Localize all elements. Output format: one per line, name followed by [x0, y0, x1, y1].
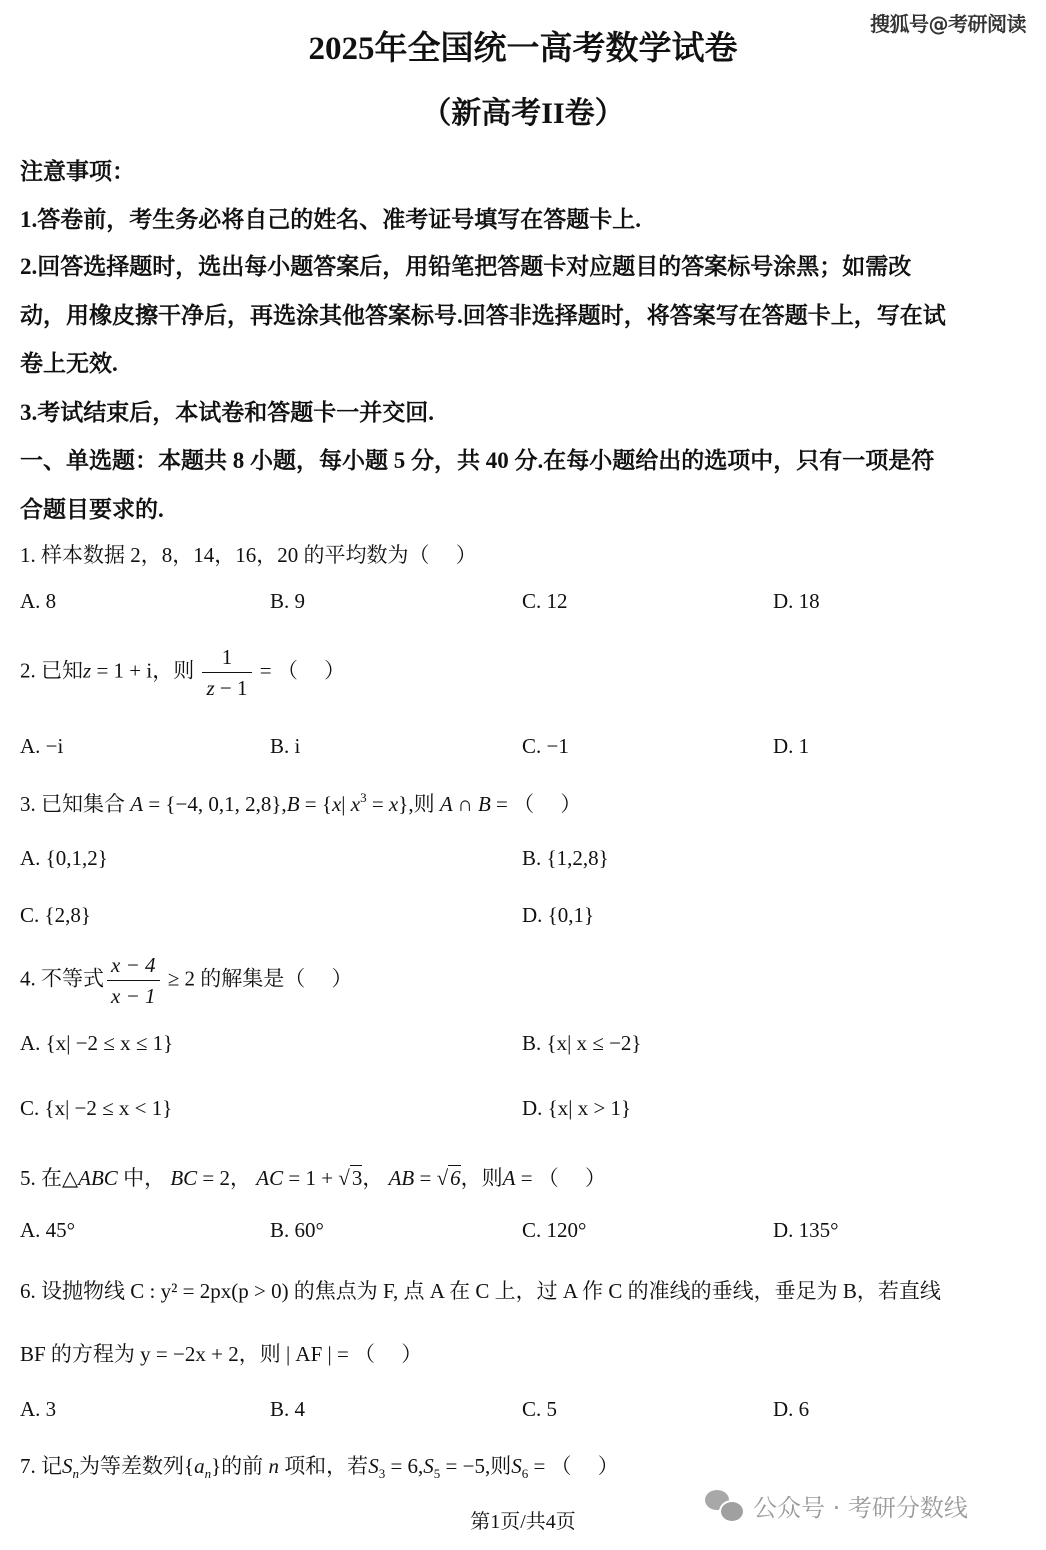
- page-subtitle: （新高考II卷）: [0, 88, 1046, 132]
- question-7: 7. 记Sn为等差数列{an}的前 n 项和，若S3 = 6,S5 = −5,则…: [20, 1450, 619, 1482]
- stem-text: = （ ）: [255, 658, 346, 682]
- fraction: x − 4x − 1: [107, 950, 160, 1011]
- page-number: 第1页/共4页: [0, 1505, 1046, 1534]
- question-number: 3.: [20, 792, 36, 816]
- question-number: 2.: [20, 658, 36, 682]
- fraction: 1 z − 1: [202, 642, 251, 703]
- question-stem: 设抛物线 C : y² = 2px(p > 0) 的焦点为 F, 点 A 在 C…: [41, 1279, 941, 1303]
- note-item-2-end: 卷上无效.: [20, 345, 118, 378]
- q5-option-c[interactable]: C. 120°: [522, 1218, 586, 1243]
- q6-option-a[interactable]: A. 3: [20, 1397, 56, 1422]
- q4-option-b[interactable]: B. {x| x ≤ −2}: [522, 1031, 642, 1056]
- question-number: 1.: [20, 543, 36, 567]
- q1-option-c[interactable]: C. 12: [522, 589, 568, 614]
- question-number: 7.: [20, 1454, 36, 1478]
- q3-option-a[interactable]: A. {0,1,2}: [20, 846, 108, 871]
- section-header: 一、单选题：本题共 8 小题，每小题 5 分，共 40 分.在每小题给出的选项中…: [20, 442, 934, 475]
- section-header-cont: 合题目要求的.: [20, 491, 164, 524]
- q6-option-d[interactable]: D. 6: [773, 1397, 809, 1422]
- q6-option-c[interactable]: C. 5: [522, 1397, 557, 1422]
- q6-option-b[interactable]: B. 4: [270, 1397, 305, 1422]
- notes-heading: 注意事项：: [20, 153, 135, 186]
- math-var: z: [83, 658, 91, 682]
- q2-option-b[interactable]: B. i: [270, 734, 300, 759]
- q3-option-b[interactable]: B. {1,2,8}: [522, 846, 609, 871]
- q2-option-d[interactable]: D. 1: [773, 734, 809, 759]
- q5-option-b[interactable]: B. 60°: [270, 1218, 324, 1243]
- question-3: 3. 已知集合 A = {−4, 0,1, 2,8},B = {x| x3 = …: [20, 788, 581, 818]
- question-5: 5. 在△ABC 中， BC = 2， AC = 1 + √3， AB = √6…: [20, 1162, 606, 1192]
- page-title: 2025年全国统一高考数学试卷: [0, 22, 1046, 69]
- q1-option-a[interactable]: A. 8: [20, 589, 56, 614]
- question-4: 4. 不等式x − 4x − 1 ≥ 2 的解集是（ ）: [20, 950, 353, 1011]
- q3-option-d[interactable]: D. {0,1}: [522, 903, 594, 928]
- q4-option-a[interactable]: A. {x| −2 ≤ x ≤ 1}: [20, 1031, 173, 1056]
- q1-option-b[interactable]: B. 9: [270, 589, 305, 614]
- q4-option-d[interactable]: D. {x| x > 1}: [522, 1096, 631, 1121]
- note-item-1: 1.答卷前，考生务必将自己的姓名、准考证号填写在答题卡上.: [20, 201, 641, 234]
- question-6-cont: BF 的方程为 y = −2x + 2，则 | AF | = （ ）: [20, 1338, 422, 1368]
- question-1: 1. 样本数据 2，8，14，16，20 的平均数为（ ）: [20, 539, 477, 569]
- q4-option-c[interactable]: C. {x| −2 ≤ x < 1}: [20, 1096, 172, 1121]
- q1-option-d[interactable]: D. 18: [773, 589, 820, 614]
- q2-option-c[interactable]: C. −1: [522, 734, 569, 759]
- note-item-2: 2.回答选择题时，选出每小题答案后，用铅笔把答题卡对应题目的答案标号涂黑；如需改: [20, 248, 911, 281]
- note-item-2-cont: 动，用橡皮擦干净后，再选涂其他答案标号.回答非选择题时，将答案写在答题卡上，写在…: [20, 297, 946, 330]
- question-number: 5.: [20, 1166, 36, 1190]
- q5-option-d[interactable]: D. 135°: [773, 1218, 839, 1243]
- question-2: 2. 已知z = 1 + i，则 1 z − 1 = （ ）: [20, 642, 345, 703]
- stem-text: = 1 + i，则: [91, 658, 194, 682]
- q5-option-a[interactable]: A. 45°: [20, 1218, 75, 1243]
- stem-text: 已知: [41, 658, 83, 682]
- q3-option-c[interactable]: C. {2,8}: [20, 903, 91, 928]
- note-item-3: 3.考试结束后，本试卷和答题卡一并交回.: [20, 394, 434, 427]
- q2-option-a[interactable]: A. −i: [20, 734, 63, 759]
- question-6: 6. 设抛物线 C : y² = 2px(p > 0) 的焦点为 F, 点 A …: [20, 1275, 941, 1305]
- question-number: 6.: [20, 1279, 36, 1303]
- question-stem: 样本数据 2，8，14，16，20 的平均数为（ ）: [41, 543, 477, 567]
- question-number: 4.: [20, 966, 36, 990]
